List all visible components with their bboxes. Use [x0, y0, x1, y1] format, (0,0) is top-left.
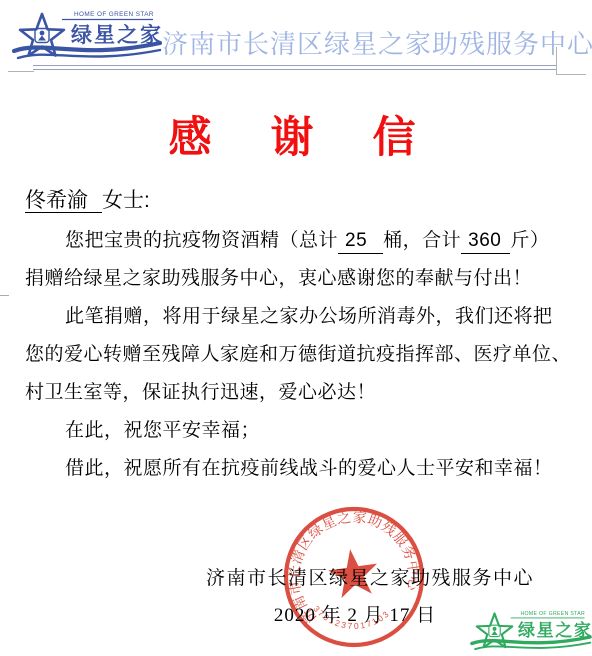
para1-pre: 您把宝贵的抗疫物资酒精（总计	[65, 230, 338, 251]
paragraph2-line2: 您的爱心转赠至残障人家庭和万德街道抗疫指挥部、医疗单位、	[25, 336, 581, 374]
greenstar-logo-blue	[12, 6, 162, 64]
wish-line-2: 借此，祝愿所有在抗疫前线战斗的爱心人士平安和幸福！	[25, 450, 581, 488]
letter-title: 感 谢 信	[0, 113, 592, 165]
paragraph2-line3: 村卫生室等，保证执行迅速，爱心必达！	[25, 374, 581, 412]
header-rule-left-mark	[8, 71, 34, 72]
paragraph1-line1: 您把宝贵的抗疫物资酒精（总计25桶，合计360斤）	[25, 222, 581, 260]
paragraph1-line2: 捐赠给绿星之家助残服务中心，衷心感谢您的奉献与付出！	[25, 260, 581, 298]
weight-jin-blank: 360	[461, 229, 510, 254]
para1-post: 斤）	[510, 230, 549, 251]
thank-you-letter-page: HOME OF GREEN STAR 绿星之家 济南市长清区绿星之家助残服务中心…	[0, 0, 592, 656]
signature-org-name: 济南市长清区绿星之家助残服务中心	[190, 567, 550, 591]
quantity-barrels-blank: 25	[338, 229, 383, 254]
greenstar-logo-green	[470, 607, 592, 654]
header-rule-right-mark	[556, 74, 586, 75]
paragraph2-line1: 此笔捐赠，将用于绿星之家办公场所消毒外，我们还将把	[25, 298, 581, 336]
recipient-honorific: 女士:	[102, 189, 150, 212]
wish-line-1: 在此，祝您平安幸福；	[25, 412, 581, 450]
salutation: 佟希渝女士:	[25, 188, 150, 214]
letter-body: 您把宝贵的抗疫物资酒精（总计25桶，合计360斤） 捐赠给绿星之家助残服务中心，…	[25, 222, 581, 488]
org-header-title: 济南市长清区绿星之家助残服务中心	[162, 29, 582, 59]
header-rule-right-vertical-mark	[556, 47, 557, 75]
header-double-rule	[33, 65, 556, 70]
page-margin-mark	[0, 295, 9, 296]
letter-date: 2020 年 2 月 17 日	[235, 604, 475, 628]
para1-mid: 桶，合计	[383, 230, 461, 251]
recipient-name: 佟希渝	[25, 189, 102, 213]
